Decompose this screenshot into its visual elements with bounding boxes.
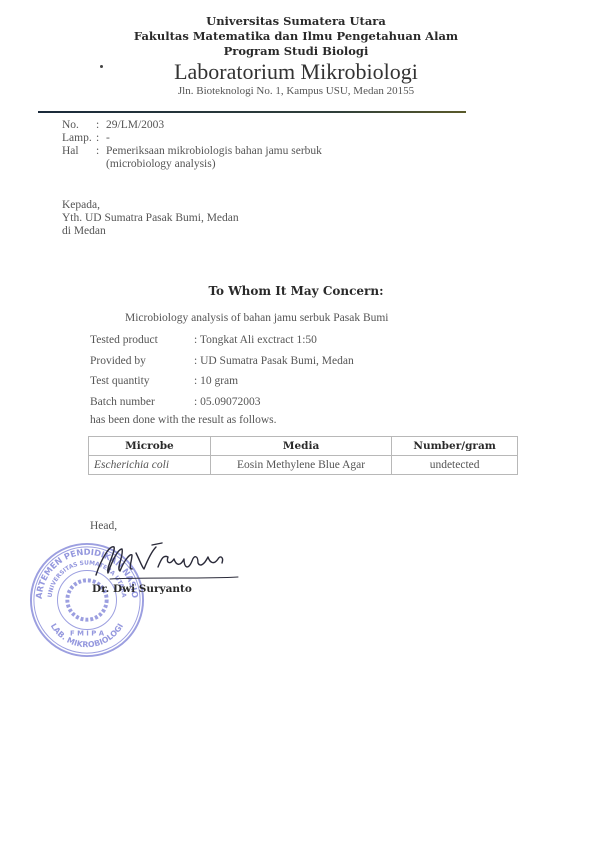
cell-number-per-gram: undetected (392, 456, 518, 475)
detail-row-provided-by: Provided by : UD Sumatra Pasak Bumi, Med… (90, 353, 354, 374)
header-microbe: Microbe (89, 437, 211, 456)
header-media: Media (210, 437, 391, 456)
table-row: Escherichia coli Eosin Methylene Blue Ag… (89, 456, 518, 475)
salutation-heading: To Whom It May Concern: (0, 284, 592, 298)
cell-microbe: Escherichia coli (89, 456, 211, 475)
detail-label: Batch number (90, 394, 194, 415)
detail-label: Provided by (90, 353, 194, 374)
detail-value: : Tongkat Ali exctract 1:50 (194, 332, 317, 353)
laboratory-address: Jln. Bioteknologi No. 1, Kampus USU, Med… (0, 84, 592, 98)
number-value: 29/LM/2003 (106, 119, 164, 132)
letterhead-divider (38, 111, 466, 113)
recipient-greeting: Kepada, (62, 199, 239, 212)
detail-row-tested-product: Tested product : Tongkat Ali exctract 1:… (90, 332, 354, 353)
number-label: No. (62, 119, 96, 132)
attachment-value: - (106, 132, 110, 145)
stamp-center-text: F M I P A (70, 629, 105, 637)
meta-attachment: Lamp. : - (62, 132, 322, 145)
header-number-per-gram: Number/gram (392, 437, 518, 456)
subject-value-continued: (microbiology analysis) (62, 158, 322, 171)
meta-number: No. : 29/LM/2003 (62, 119, 322, 132)
handwritten-signature-icon (92, 537, 242, 587)
attachment-label: Lamp. (62, 132, 96, 145)
detail-value: : 10 gram (194, 373, 238, 394)
cell-media: Eosin Methylene Blue Agar (210, 456, 391, 475)
recipient-location: di Medan (62, 225, 239, 238)
subject-label: Hal (62, 145, 96, 158)
signatory-title: Head, (90, 520, 117, 532)
subject-separator: : (96, 145, 106, 158)
detail-label: Test quantity (90, 373, 194, 394)
results-table: Microbe Media Number/gram Escherichia co… (88, 436, 518, 475)
detail-label: Tested product (90, 332, 194, 353)
intro-text: Microbiology analysis of bahan jamu serb… (125, 312, 389, 324)
subject-value: Pemeriksaan mikrobiologis bahan jamu ser… (106, 145, 322, 158)
university-name: Universitas Sumatera Utara (0, 14, 592, 29)
program-name: Program Studi Biologi (0, 44, 592, 59)
detail-value: : UD Sumatra Pasak Bumi, Medan (194, 353, 354, 374)
detail-row-batch-number: Batch number : 05.09072003 (90, 394, 354, 415)
detail-row-test-quantity: Test quantity : 10 gram (90, 373, 354, 394)
recipient-name: Yth. UD Sumatra Pasak Bumi, Medan (62, 212, 239, 225)
laboratory-name: Laboratorium Mikrobiologi (0, 60, 592, 84)
test-details: Tested product : Tongkat Ali exctract 1:… (90, 332, 354, 414)
faculty-name: Fakultas Matematika dan Ilmu Pengetahuan… (0, 29, 592, 44)
detail-value: : 05.09072003 (194, 394, 260, 415)
signatory-name: Dr. Dwi Suryanto (92, 583, 192, 595)
letter-meta: No. : 29/LM/2003 Lamp. : - Hal : Pemerik… (62, 119, 322, 171)
letterhead: Universitas Sumatera Utara Fakultas Mate… (0, 14, 592, 98)
table-header-row: Microbe Media Number/gram (89, 437, 518, 456)
recipient-block: Kepada, Yth. UD Sumatra Pasak Bumi, Meda… (62, 199, 239, 238)
attachment-separator: : (96, 132, 106, 145)
meta-subject: Hal : Pemeriksaan mikrobiologis bahan ja… (62, 145, 322, 158)
closing-text: has been done with the result as follows… (90, 414, 277, 426)
number-separator: : (96, 119, 106, 132)
